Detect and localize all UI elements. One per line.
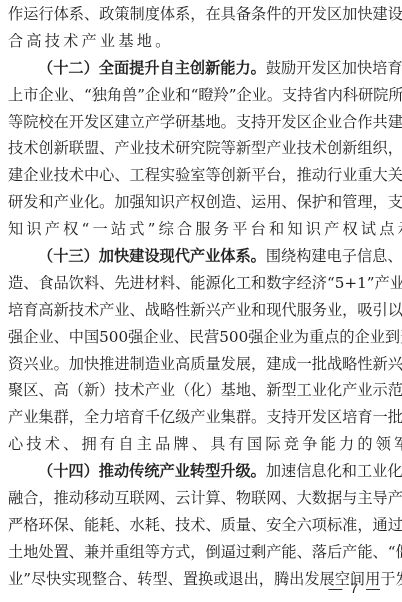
text-line: 建企业技术中心、工程实验室等创新平台，推动行业重大关键技术: [8, 162, 396, 189]
text-line: 上市企业、“独角兽”企业和“瞪羚”企业。支持省内科研院所、高: [8, 82, 396, 109]
text-line: 等院校在开发区建立产学研基地。支持开发区企业合作共建产业: [8, 109, 396, 136]
text-line: 合高技术产业基地。: [8, 28, 396, 55]
section-14-first-line: （十四）推动传统产业转型升级。加速信息化和工业化深度: [8, 458, 396, 485]
text-span: 加速信息化和工业化深度: [266, 462, 402, 480]
section-heading-12: （十二）全面提升自主创新能力。: [38, 59, 266, 77]
text-line: 技术创新联盟、产业技术研究院等新型产业技术创新组织，积极创: [8, 135, 396, 162]
text-line: 产业集群，全力培育千亿级产业集群。支持开发区培育一批掌握核: [8, 404, 396, 431]
section-12-first-line: （十二）全面提升自主创新能力。鼓励开发区加快培育一批: [8, 55, 396, 82]
text-span: 鼓励开发区加快培育一批: [266, 59, 402, 77]
text-line: 聚区、高（新）技术产业（化）基地、新型工业化产业示范基地、创新型: [8, 377, 396, 404]
section-13-first-line: （十三）加快建设现代产业体系。围绕构建电子信息、装备制: [8, 243, 396, 270]
section-heading-13: （十三）加快建设现代产业体系。: [38, 247, 266, 265]
text-line: 土地处置、兼并重组等方式，倒逼过剩产能、落后产能、“僵尸企: [8, 539, 396, 566]
document-page: 作运行体系、政策制度体系，在具备条件的开发区加快建设军民融 合高技术产业基地。 …: [8, 1, 396, 593]
text-line: 作运行体系、政策制度体系，在具备条件的开发区加快建设军民融: [8, 1, 396, 28]
page-number: — 7 —: [328, 580, 382, 596]
text-line: 培育高新技术产业、战略性新兴产业和现代服务业，吸引以世界500: [8, 297, 396, 324]
text-line: 强企业、中国500强企业、民营500强企业为重点的企业到开发区投: [8, 324, 396, 351]
text-line: 造、食品饮料、先进材料、能源化工和数字经济“5+1”产业体系，引进: [8, 270, 396, 297]
text-line: 严格环保、能耗、水耗、技术、质量、安全六项标准，通过限期开发、: [8, 512, 396, 539]
text-span: 围绕构建电子信息、装备制: [266, 247, 402, 265]
text-line: 资兴业。加快推进制造业高质量发展，建成一批战略性新兴产业集: [8, 351, 396, 378]
text-line: 知识产权“一站式”综合服务平台和知识产权试点示范园区。: [8, 216, 396, 243]
text-line: 研发和产业化。加强知识产权创造、运用、保护和管理，支持创建: [8, 189, 396, 216]
text-line: 心技术、拥有自主品牌、具有国际竞争能力的领军企业。: [8, 431, 396, 458]
section-heading-14: （十四）推动传统产业转型升级。: [38, 462, 266, 480]
text-line: 融合，推动移动互联网、云计算、物联网、大数据与主导产业结合。: [8, 485, 396, 512]
